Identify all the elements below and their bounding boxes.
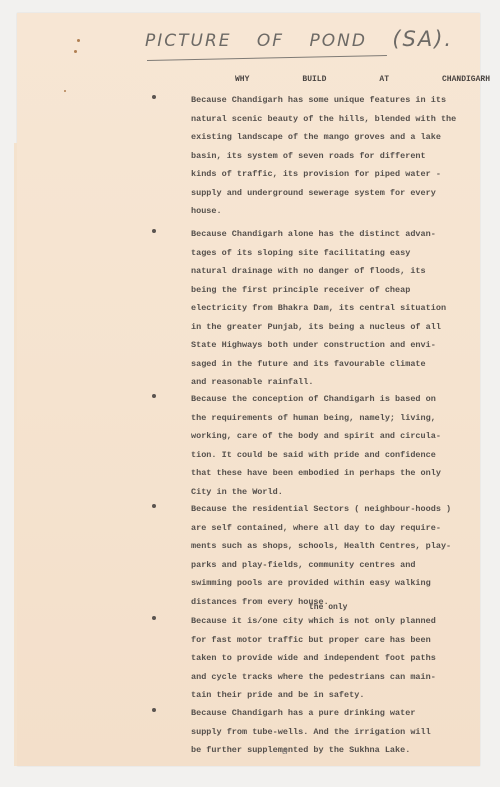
text-line: ments such as shops, schools, Health Cen… <box>191 537 491 556</box>
pencil-mark: a <box>282 746 288 757</box>
text-line: and reasonable rainfall. <box>191 373 491 392</box>
heading-word: WHY <box>235 75 249 84</box>
text-line: natural drainage with no danger of flood… <box>191 262 491 281</box>
heading-word: AT <box>379 75 389 84</box>
text-line: basin, its system of seven roads for dif… <box>191 147 491 166</box>
foxing-speck <box>74 50 77 53</box>
text-line: swimming pools are provided within easy … <box>191 574 491 593</box>
text-line: that these have been embodied in perhaps… <box>191 464 491 483</box>
heading-word: CHANDIGARH <box>442 75 490 84</box>
document-page: PICTURE OF POND (SA). WHY BUILD AT CHAND… <box>17 13 480 766</box>
text-line: working, care of the body and spirit and… <box>191 427 491 446</box>
text-line: existing landscape of the mango groves a… <box>191 128 491 147</box>
text-line: tion. It could be said with pride and co… <box>191 446 491 465</box>
text-line: house. <box>191 202 491 221</box>
text-line: kinds of traffic, its provision for pipe… <box>191 165 491 184</box>
handwritten-note: PICTURE OF POND (SA). <box>145 27 475 67</box>
handwritten-note-text: PICTURE OF POND <box>145 31 367 51</box>
text-line: and cycle tracks where the pedestrians c… <box>191 668 491 687</box>
text-line: taken to provide wide and independent fo… <box>191 649 491 668</box>
heading-word: BUILD <box>302 75 326 84</box>
foxing-speck <box>77 39 80 42</box>
text-line: in the greater Punjab, its being a nucle… <box>191 318 491 337</box>
text-line: supply from tube-wells. And the irrigati… <box>191 723 491 742</box>
text-line: natural scenic beauty of the hills, blen… <box>191 110 491 129</box>
text-line: supply and underground sewerage system f… <box>191 184 491 203</box>
handwritten-note-label: (SA). <box>392 27 453 51</box>
bullet-dot-icon <box>152 394 156 398</box>
text-line: Because the conception of Chandigarh is … <box>191 390 491 409</box>
text-line: tages of its sloping site facilitating e… <box>191 244 491 263</box>
text-line: City in the World. <box>191 483 491 502</box>
text-line: parks and play-fields, community centres… <box>191 556 491 575</box>
bullet-dot-icon <box>152 229 156 233</box>
text-line: Because the residential Sectors ( neighb… <box>191 500 491 519</box>
bullet-dot-icon <box>152 504 156 508</box>
text-line: are self contained, where all day to day… <box>191 519 491 538</box>
text-line: State Highways both under construction a… <box>191 336 491 355</box>
bullet-dot-icon <box>152 95 156 99</box>
text-line: Because Chandigarh has some unique featu… <box>191 91 491 110</box>
text-line: be further supplemented by the Sukhna La… <box>191 741 491 760</box>
bullet-dot-icon <box>152 708 156 712</box>
document-heading: WHY BUILD AT CHANDIGARH <box>235 75 490 84</box>
text-line: the requirements of human being, namely;… <box>191 409 491 428</box>
foxing-speck <box>64 90 66 92</box>
bullet-dot-icon <box>152 616 156 620</box>
typed-insertion: the only <box>309 603 347 612</box>
text-line: for fast motor traffic but proper care h… <box>191 631 491 650</box>
text-line: being the first principle receiver of ch… <box>191 281 491 300</box>
text-line: tain their pride and be in safety. <box>191 686 491 705</box>
text-line: Because it is/one city which is not only… <box>191 612 491 631</box>
text-line: Because Chandigarh alone has the distinc… <box>191 225 491 244</box>
text-line: saged in the future and its favourable c… <box>191 355 491 374</box>
text-line: electricity from Bhakra Dam, its central… <box>191 299 491 318</box>
text-line: Because Chandigarh has a pure drinking w… <box>191 704 491 723</box>
